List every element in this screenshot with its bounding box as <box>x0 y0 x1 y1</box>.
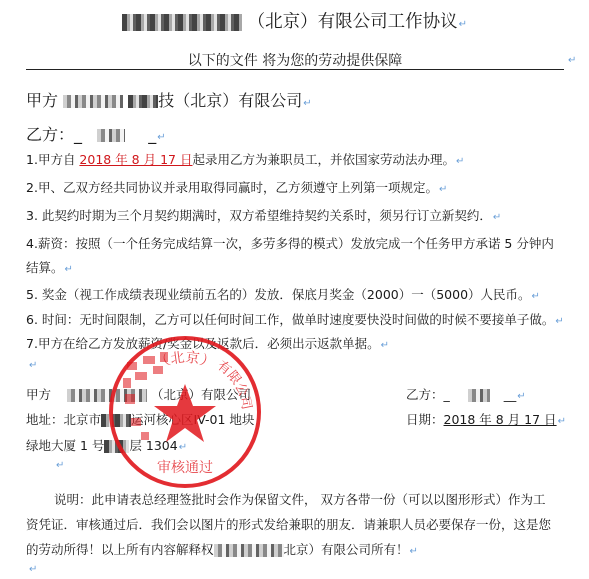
redacted-company-name <box>122 14 242 31</box>
clause-3: 3. 此契约时期为三个月契约期满时，双方希望维持契约关系时，须另行订立新契约．↵ <box>26 206 501 224</box>
redacted-company <box>63 95 123 108</box>
clause-2: 2.甲、乙双方经共同协议并录用取得同赢时，乙方须遵守上列第一项规定。↵ <box>26 178 447 196</box>
party-b-header: 乙方：_ _↵ <box>26 122 166 145</box>
paragraph-mark-icon: ↵ <box>532 291 540 302</box>
clause-number: 7. <box>26 336 38 351</box>
paragraph-mark-icon: ↵ <box>555 316 563 327</box>
paragraph-mark-icon: ↵ <box>459 19 467 30</box>
party-b-label: 乙方：_ <box>26 125 82 144</box>
signature-address: 地址：北京市运河核心区IV-01 地块 <box>26 410 254 428</box>
party-a-label: 甲方 <box>26 91 58 110</box>
note-prefix: 的劳动所得！以上所有内容解释权 <box>26 542 214 557</box>
note-line-3: 的劳动所得！以上所有内容解释权北京）有限公司所有！↵ <box>26 540 418 558</box>
clause-1: 1.甲方自 2018 年 8 月 17 日起录用乙方为兼职员工，并依国家劳动法办… <box>26 150 464 168</box>
clause-text: 时间：无时间限制，乙方可以任何时间工作，做单时速度要快没时间做的时候不要接单子做… <box>38 312 554 327</box>
clause-number: 2. <box>26 180 38 195</box>
address-label: 地址：北京市 <box>26 412 101 427</box>
paragraph-mark-icon: ↵ <box>568 55 576 66</box>
stamp-bottom-text: 审核通过 <box>157 459 213 476</box>
party-a-label: 甲方 <box>26 387 51 402</box>
stamp-top-text: （北京） <box>153 350 216 373</box>
start-date: 2018 年 8 月 17 日 <box>79 152 192 167</box>
date-label: 日期： <box>406 412 444 427</box>
document-title: （北京）有限公司工作协议↵ <box>0 8 589 33</box>
paragraph-mark-icon: ↵ <box>456 156 464 167</box>
note-line-1: 说明：此申请表总经理签批时会作为保留文件， 双方各带一份（可以以图形形式）作为工 <box>54 490 545 508</box>
clause-4-continued: 结算。↵ <box>26 258 73 276</box>
clause-text: 甲方在给乙方发放薪资/奖金以及返款后．必须出示返款单据。 <box>38 336 380 351</box>
redacted-building <box>104 440 129 453</box>
clause-4: 4.薪资：按照（一个任务完成结算一次，多劳多得的模式）发放完成一个任务甲方承诺 … <box>26 234 554 252</box>
clause-number: 4. <box>26 236 38 251</box>
building-prefix: 绿地大厦 1 号 <box>26 438 104 453</box>
paragraph-mark-icon: ↵ <box>303 98 311 109</box>
paragraph-mark-icon: ↵ <box>381 340 389 351</box>
clause-5: 5. 奖金（视工作成绩表现业绩前五名的）发放．保底月奖金（2000）一（5000… <box>26 285 540 303</box>
redacted-name <box>97 129 125 142</box>
party-a-header: 甲方 技（北京）有限公司↵ <box>26 88 312 111</box>
title-suffix: （北京）有限公司工作协议 <box>248 12 458 32</box>
clause-text: 奖金（视工作成绩表现业绩前五名的）发放．保底月奖金（2000）一（5000）人民… <box>38 287 531 302</box>
redacted-name <box>468 389 490 402</box>
paragraph-mark-icon: ↵ <box>179 442 187 453</box>
clause-text: 起录用乙方为兼职员工，并依国家劳动法办理。 <box>192 152 455 167</box>
redacted-company <box>214 544 284 557</box>
redacted-company <box>128 95 158 108</box>
note-suffix: 北京）有限公司所有！ <box>284 542 409 557</box>
party-b-tail: __ <box>504 387 517 402</box>
clause-number: 6. <box>26 312 38 327</box>
paragraph-mark-icon: ↵ <box>157 132 165 143</box>
clause-number: 3. <box>26 208 38 223</box>
paragraph-mark-icon: ↵ <box>439 184 447 195</box>
clause-text: 结算。 <box>26 260 64 275</box>
paragraph-mark-icon: ↵ <box>410 546 418 557</box>
party-b-label: 乙方：_ <box>406 387 450 402</box>
party-a-company-suffix: 技（北京）有限公司 <box>158 91 302 110</box>
clause-number: 5. <box>26 287 38 302</box>
paragraph-mark-icon: ↵ <box>558 416 566 427</box>
party-b-tail: _ <box>148 125 156 144</box>
paragraph-mark-icon: ↵ <box>29 360 37 371</box>
redacted-address <box>101 414 131 427</box>
clause-7: 7.甲方在给乙方发放薪资/奖金以及返款后．必须出示返款单据。↵ <box>26 334 389 352</box>
paragraph-mark-icon: ↵ <box>29 564 37 575</box>
clause-6: 6. 时间：无时间限制，乙方可以任何时间工作，做单时速度要快没时间做的时候不要接… <box>26 310 564 328</box>
redacted-company <box>67 389 147 402</box>
clause-text: 薪资：按照（一个任务完成结算一次，多劳多得的模式）发放完成一个任务甲方承诺 5 … <box>38 236 554 251</box>
paragraph-mark-icon: ↵ <box>493 212 501 223</box>
paragraph-mark-icon: ↵ <box>517 391 525 402</box>
document-subtitle: 以下的文件 将为您的劳动提供保障 <box>26 50 564 70</box>
clause-text: 此契约时期为三个月契约期满时，双方希望维持契约关系时，须另行订立新契约． <box>38 208 492 223</box>
subtitle-underline <box>26 69 564 70</box>
party-a-suffix: （北京）有限公司 <box>151 387 251 402</box>
building-suffix: 层 1304 <box>129 438 177 453</box>
clause-prefix: 甲方自 <box>38 152 79 167</box>
signature-party-a: 甲方 （北京）有限公司 <box>26 385 251 403</box>
clause-number: 1. <box>26 152 38 167</box>
svg-text:（北京）: （北京） <box>153 350 216 373</box>
signature-party-b: 乙方：_ __↵ <box>406 385 526 403</box>
signature-date: 日期：2018 年 8 月 17 日↵ <box>406 410 566 428</box>
paragraph-mark-icon: ↵ <box>56 460 64 471</box>
signature-building: 绿地大厦 1 号层 1304↵ <box>26 436 187 454</box>
clause-text: 甲、乙双方经共同协议并录用取得同赢时，乙方须遵守上列第一项规定。 <box>38 180 438 195</box>
paragraph-mark-icon: ↵ <box>65 264 73 275</box>
note-line-2: 资凭证．审核通过后．我们会以图片的形式发给兼职的朋友．请兼职人员必要保存一份，这… <box>26 515 551 533</box>
address-suffix: 运河核心区IV-01 地块 <box>131 412 254 427</box>
date-value: 2018 年 8 月 17 日 <box>444 412 557 427</box>
